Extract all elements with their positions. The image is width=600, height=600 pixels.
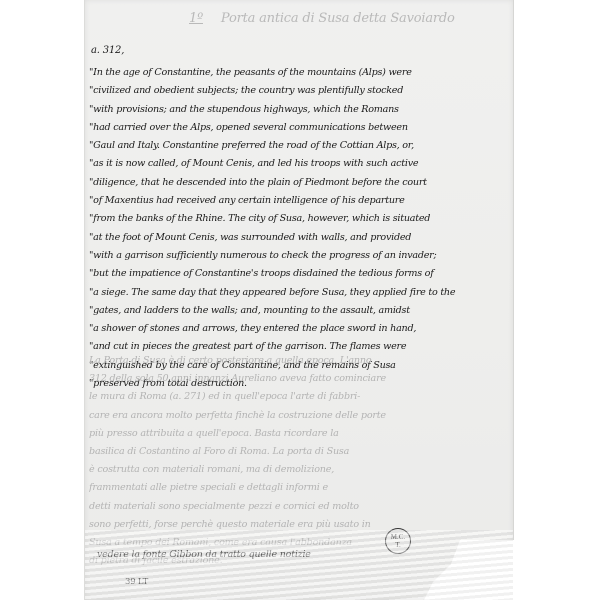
text-line: "but the impatience of Constantine's tro… <box>89 265 509 283</box>
italian-commentary: La Porta di Susa è di certo posteriore a… <box>89 352 509 570</box>
torn-corner <box>424 540 514 600</box>
stamp-line-1: M.C. <box>386 533 410 541</box>
text-line: "with a garrison sufficiently numerous t… <box>89 247 509 265</box>
stamp-line-2: T. <box>386 541 410 549</box>
text-line: "at the foot of Mount Cenis, was surroun… <box>89 229 509 247</box>
text-line: "a siege. The same day that they appeare… <box>89 284 509 302</box>
text-line: "of Maxentius had received any certain i… <box>89 192 509 210</box>
archive-stamp: M.C. T. <box>385 528 411 554</box>
text-line: care era ancora molto perfetta finchè la… <box>89 407 509 425</box>
page-title: 1º Porta antica di Susa detta Savoiardo <box>189 11 455 26</box>
text-line: più presso attribuita a quell'epoca. Bas… <box>89 425 509 443</box>
text-line: è costrutta con materiali romani, ma di … <box>89 461 509 479</box>
text-line: basilica di Costantino al Foro di Roma. … <box>89 443 509 461</box>
catalog-code: 39 LT <box>125 577 148 587</box>
text-line: "a shower of stones and arrows, they ent… <box>89 320 509 338</box>
text-line: sono perfetti, forse perchè questo mater… <box>89 516 509 534</box>
text-line: "had carried over the Alps, opened sever… <box>89 119 509 137</box>
text-line: detti materiali sono specialmente pezzi … <box>89 498 509 516</box>
text-line: le mura di Roma (a. 271) ed in quell'epo… <box>89 388 509 406</box>
text-line: "as it is now called, of Mount Cenis, an… <box>89 155 509 173</box>
text-line: "from the banks of the Rhine. The city o… <box>89 210 509 228</box>
text-line: "with provisions; and the stupendous hig… <box>89 101 509 119</box>
english-quotation: "In the age of Constantine, the peasants… <box>89 64 509 393</box>
text-line: Susa a tempo dei Romani, come era causa … <box>89 534 509 552</box>
text-line: "diligence, that he descended into the p… <box>89 174 509 192</box>
title-text: Porta antica di Susa detta Savoiardo <box>221 11 455 26</box>
text-line: di pietra di facile estrazione. <box>89 552 509 570</box>
text-line: "gates, and ladders to the walls; and, m… <box>89 302 509 320</box>
text-line: 312 della sola 50 anni innanzi Aureliano… <box>89 370 509 388</box>
footer-note: vedere la fonte Gibbon da tratto quelle … <box>97 549 311 560</box>
manuscript-page: 1º Porta antica di Susa detta Savoiardo … <box>84 0 514 600</box>
text-line: "In the age of Constantine, the peasants… <box>89 64 509 82</box>
text-line: La Porta di Susa è di certo posteriore a… <box>89 352 509 370</box>
year-reference: a. 312, <box>91 45 124 56</box>
text-line: frammentati alle pietre speciali e detta… <box>89 479 509 497</box>
page-number: 1º <box>189 11 203 26</box>
text-line: "Gaul and Italy. Constantine preferred t… <box>89 137 509 155</box>
text-line: "civilized and obedient subjects; the co… <box>89 82 509 100</box>
